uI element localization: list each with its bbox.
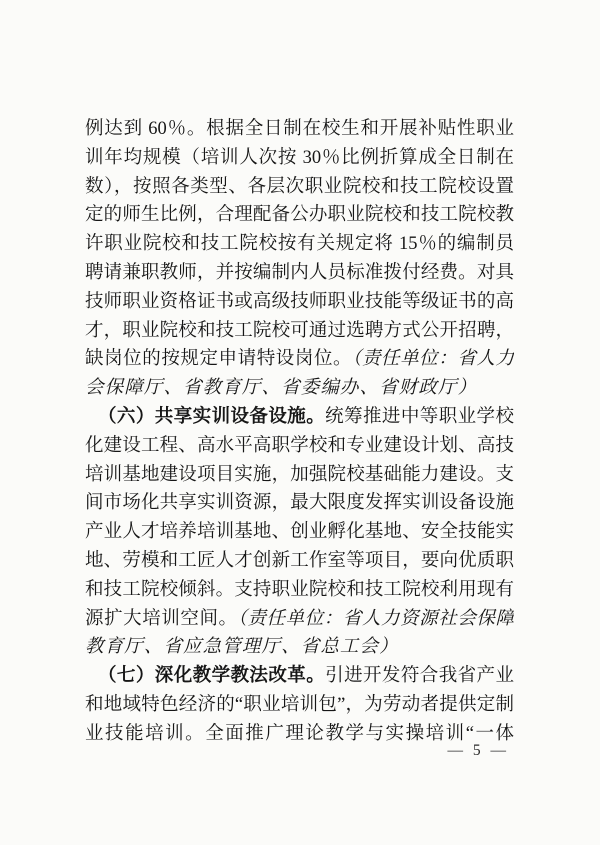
text-line: （六）共享实训设备设施。统筹推进中等职业学校标准 <box>85 403 514 432</box>
body-text: 许职业院校和技工院校按有关规定将 15％的编制员额用于 <box>85 234 514 259</box>
text-line: 和技工院校倾斜。支持职业院校和技工院校利用现有土地资 <box>85 576 514 605</box>
body-text: 技师职业资格证书或高级技师职业技能等级证书的高技能人 <box>85 292 514 317</box>
text-line: 定的师生比例，合理配备公办职业院校和技工院校教师。允 <box>85 201 514 230</box>
responsible-unit-text: 教育厅、省应急管理厅、省总工会） <box>85 637 399 657</box>
text-line: 教育厅、省应急管理厅、省总工会） <box>85 633 514 662</box>
scanned-document-page: 例达到 60％。根据全日制在校生和开展补贴性职业技能培训年均规模（培训人次按 3… <box>0 0 600 845</box>
section-heading-text: （六）共享实训设备设施。 <box>98 407 325 427</box>
responsible-unit-text: 会保障厅、省教育厅、省委编办、省财政厅） <box>85 378 477 398</box>
text-line: 技师职业资格证书或高级技师职业技能等级证书的高技能人 <box>85 288 514 317</box>
body-text: 定的师生比例，合理配备公办职业院校和技工院校教师。允 <box>85 205 514 230</box>
text-line: 数），按照各类型、各层次职业院校和技工院校设置标准规 <box>85 173 514 202</box>
body-text: 培训基地建设项目实施，加强院校基础能力建设。支持院校 <box>85 465 514 490</box>
body-text: 数），按照各类型、各层次职业院校和技工院校设置标准规 <box>85 177 514 202</box>
body-text: 源扩大培训空间。 <box>85 609 238 629</box>
text-line: 许职业院校和技工院校按有关规定将 15％的编制员额用于 <box>85 230 514 259</box>
text-line: 聘请兼职教师，并按编制内人员标准拨付经费。对具备高级 <box>85 259 514 288</box>
body-text: 训年均规模（培训人次按 30％比例折算成全日制在校生 <box>85 148 514 173</box>
text-line: 会保障厅、省教育厅、省委编办、省财政厅） <box>85 374 514 403</box>
text-line: 训年均规模（培训人次按 30％比例折算成全日制在校生 <box>85 144 514 173</box>
body-text: 和技工院校倾斜。支持职业院校和技工院校利用现有土地资 <box>85 580 514 605</box>
body-text: 和地域特色经济的“职业培训包”，为劳动者提供定制式职 <box>85 695 514 720</box>
document-text-block: 例达到 60％。根据全日制在校生和开展补贴性职业技能培训年均规模（培训人次按 3… <box>85 115 514 749</box>
body-text: 地、劳模和工匠人才创新工作室等项目，要向优质职业院校 <box>85 551 514 576</box>
text-line: 地、劳模和工匠人才创新工作室等项目，要向优质职业院校 <box>85 547 514 576</box>
text-line: 和地域特色经济的“职业培训包”，为劳动者提供定制式职 <box>85 691 514 720</box>
text-line: 源扩大培训空间。（责任单位：省人力资源社会保障厅、省 <box>85 605 514 634</box>
body-text: 缺岗位的按规定申请特设岗位。 <box>85 349 352 369</box>
text-line: 产业人才培养培训基地、创业孵化基地、安全技能实训基 <box>85 518 514 547</box>
text-line: 才，职业院校和技工院校可通过选聘方式公开招聘，没有空 <box>85 317 514 346</box>
body-text: 例达到 60％。根据全日制在校生和开展补贴性职业技能培 <box>85 119 514 144</box>
text-line: 缺岗位的按规定申请特设岗位。（责任单位：省人力资源社 <box>85 345 514 374</box>
section-heading-text: （七）深化教学教法改革。 <box>98 666 325 686</box>
text-line: 例达到 60％。根据全日制在校生和开展补贴性职业技能培 <box>85 115 514 144</box>
body-text: 化建设工程、高水平高职学校和专业建设计划、高技能人才 <box>85 436 514 461</box>
body-text: 间市场化共享实训资源，最大限度发挥实训设备设施作用。 <box>85 493 514 518</box>
body-text: 产业人才培养培训基地、创业孵化基地、安全技能实训基 <box>85 522 514 547</box>
body-text: 聘请兼职教师，并按编制内人员标准拨付经费。对具备高级 <box>85 263 514 288</box>
page-number: — 5 — <box>85 740 509 762</box>
text-line: 化建设工程、高水平高职学校和专业建设计划、高技能人才 <box>85 432 514 461</box>
text-line: 间市场化共享实训资源，最大限度发挥实训设备设施作用。 <box>85 489 514 518</box>
body-text: 才，职业院校和技工院校可通过选聘方式公开招聘，没有空 <box>85 321 514 346</box>
text-line: （七）深化教学教法改革。引进开发符合我省产业发展 <box>85 662 514 691</box>
text-line: 培训基地建设项目实施，加强院校基础能力建设。支持院校 <box>85 461 514 490</box>
